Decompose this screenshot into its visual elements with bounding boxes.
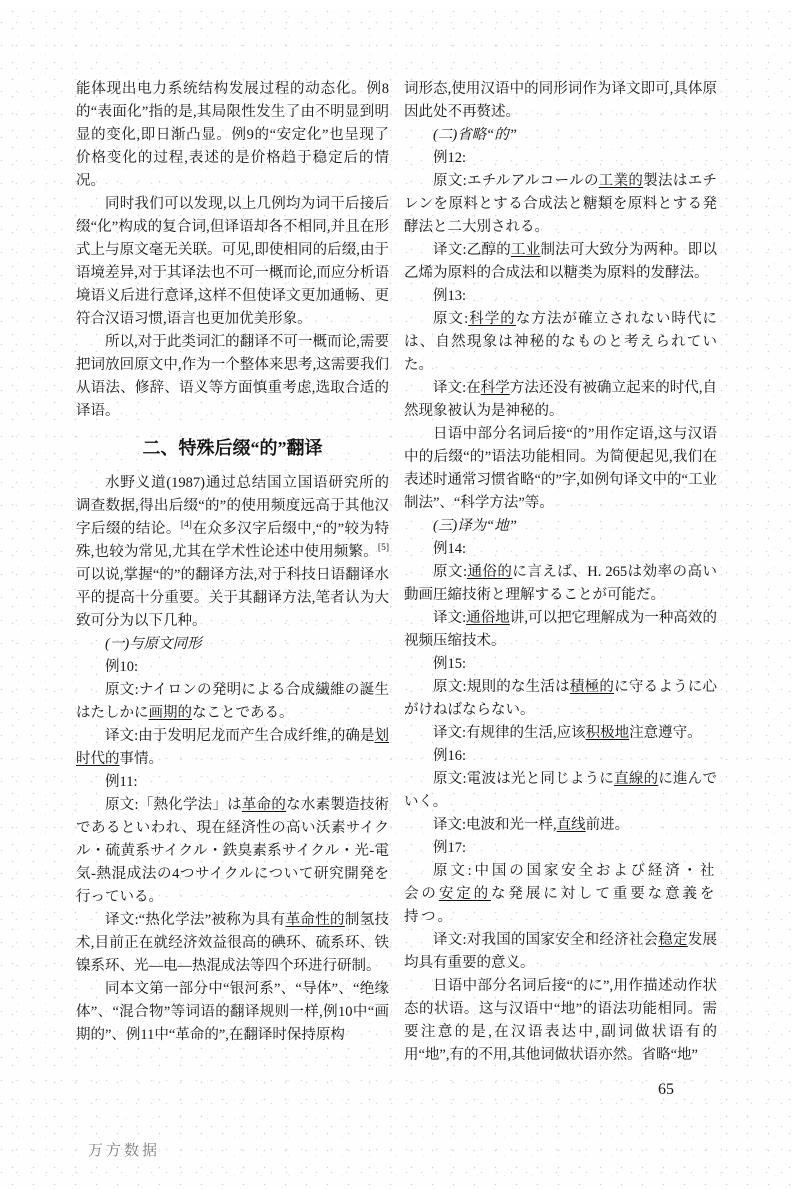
- wanfang-watermark: 万方数据: [88, 1139, 160, 1160]
- text-run: 原文:規則的な生活は: [433, 679, 570, 695]
- underlined-term: 直線的: [614, 771, 658, 787]
- text-run: 译文:乙醇的: [433, 242, 511, 258]
- text-run: な水素製造技術であるといわれ、現在経済性の高い沃素サイクル・硫黄系サイクル・鉄臭…: [76, 797, 389, 905]
- paragraph: 原文:規則的な生活は積極的に守るように心がけねばならない。: [404, 676, 717, 722]
- paragraph: 原文:「熱化学法」は革命的な水素製造技術であるといわれ、現在経済性の高い沃素サイ…: [76, 794, 389, 909]
- paragraph: 词形态,使用汉语中的同形词作为译文即可,具体原因此处不再赘述。: [404, 78, 717, 124]
- subsection-heading: (一)与原文同形: [76, 633, 389, 656]
- underlined-term: 画期的: [149, 705, 193, 721]
- text-run: 原文:「熱化学法」は: [105, 797, 242, 813]
- paragraph: 原文:ナイロンの発明による合成繊維の誕生はたしかに画期的なことである。: [76, 679, 389, 725]
- page-top-margin: [0, 0, 792, 10]
- text-run: 能体现出电力系统结构发展过程的动态化。例8的“表面化”指的是,其局限性发生了由不…: [76, 81, 389, 189]
- left-column: 能体现出电力系统结构发展过程的动态化。例8的“表面化”指的是,其局限性发生了由不…: [76, 78, 389, 1047]
- text-run: 日语中部分名词后接“的”用作定语,这与汉语中的后缀“的”语法功能相同。为简便起见…: [404, 426, 717, 511]
- text-run: 译文:对我国的国家安全和经济社会: [433, 932, 658, 948]
- text-run: 事情。: [120, 751, 164, 767]
- right-column: 词形态,使用汉语中的同形词作为译文即可,具体原因此处不再赘述。(二)省略“的”例…: [404, 78, 717, 1067]
- example-label: 例15:: [404, 653, 717, 676]
- text-run: (二)省略“的”: [433, 127, 517, 143]
- paragraph: 译文:“热化学法”被称为具有革命性的制氢技术,目前正在就经济效益很高的碘环、硫系…: [76, 909, 389, 978]
- citation-ref: [4]: [181, 520, 192, 530]
- text-run: (一)与原文同形: [105, 636, 202, 652]
- paragraph: 原文:通俗的に言えば、H. 265は効率の高い動画圧縮技術と理解することが可能だ…: [404, 561, 717, 607]
- underlined-term: 科学: [481, 380, 510, 396]
- paragraph: 所以,对于此类词汇的翻译不可一概而论,需要把词放回原文中,作为一个整体来思考,这…: [76, 331, 389, 423]
- text-run: 原文:エチルアルコールの: [433, 173, 599, 189]
- text-run: 例17:: [433, 840, 466, 856]
- page-number: 65: [658, 1081, 674, 1099]
- example-label: 例16:: [404, 745, 717, 768]
- underlined-term: 直线: [557, 817, 586, 833]
- text-run: 前进。: [586, 817, 630, 833]
- text-run: 例16:: [433, 748, 466, 764]
- text-run: 译文:: [433, 610, 466, 626]
- underlined-term: 通俗地: [466, 610, 510, 626]
- paragraph: 日语中部分名词后接“的に”,用作描述动作状态的状语。这与汉语中“地”的语法功能相…: [404, 975, 717, 1067]
- subsection-heading: (三)译为“地”: [404, 515, 717, 538]
- text-run: 例13:: [433, 288, 466, 304]
- citation-ref: [5]: [378, 543, 389, 553]
- text-run: 所以,对于此类词汇的翻译不可一概而论,需要把词放回原文中,作为一个整体来思考,这…: [76, 334, 389, 419]
- text-run: 二、特殊后缀“的”翻译: [143, 438, 323, 458]
- example-label: 例14:: [404, 538, 717, 561]
- paragraph: 原文:中国の国家安全および経済・社会の安定的な発展に対して重要な意義を持つ。: [404, 860, 717, 929]
- text-run: 译文:“热化学法”被称为具有: [105, 912, 286, 928]
- paragraph: 译文:对我国的国家安全和经济社会稳定发展均具有重要的意义。: [404, 929, 717, 975]
- text-run: 例15:: [433, 656, 466, 672]
- text-run: 例10:: [105, 659, 138, 675]
- example-label: 例12:: [404, 147, 717, 170]
- text-run: 译文:有规律的生活,应该: [433, 725, 586, 741]
- underlined-term: 工業的: [599, 173, 643, 189]
- underlined-term: 积极地: [586, 725, 630, 741]
- text-run: 例11:: [105, 774, 138, 790]
- text-run: 译文:电波和光一样,: [433, 817, 557, 833]
- underlined-term: 革命性的: [286, 912, 345, 928]
- subsection-heading: (二)省略“的”: [404, 124, 717, 147]
- text-run: (三)译为“地”: [433, 518, 517, 534]
- underlined-term: 稳定: [658, 932, 687, 948]
- paragraph: 原文:電波は光と同じように直線的に進んでいく。: [404, 768, 717, 814]
- text-run: 原文:: [433, 564, 467, 580]
- underlined-term: 積極的: [570, 679, 614, 695]
- text-run: 同本文第一部分中“银河系”、“导体”、“绝缘体”、“混合物”等词语的翻译规则一样…: [76, 981, 389, 1043]
- text-run: 可以说,掌握“的”的翻译方法,对于科技日语翻译水平的提高十分重要。关于其翻译方法…: [76, 567, 389, 629]
- paragraph: 同时我们可以发现,以上几例均为词干后接后缀“化”构成的复合词,但译语却各不相同,…: [76, 193, 389, 331]
- paragraph: 译文:在科学方法还没有被确立起来的时代,自然现象被认为是神秘的。: [404, 377, 717, 423]
- paragraph: 同本文第一部分中“银河系”、“导体”、“绝缘体”、“混合物”等词语的翻译规则一样…: [76, 978, 389, 1047]
- underlined-term: 科学的: [468, 311, 516, 327]
- text-run: なことである。: [192, 705, 294, 721]
- paragraph: 译文:电波和光一样,直线前进。: [404, 814, 717, 837]
- underlined-term: 通俗的: [467, 564, 512, 580]
- paragraph: 原文:科学的な方法が確立されない時代には、自然現象は神秘的なものと考えられていた…: [404, 308, 717, 377]
- text-run: 日语中部分名词后接“的に”,用作描述动作状态的状语。这与汉语中“地”的语法功能相…: [404, 978, 717, 1063]
- paragraph: 能体现出电力系统结构发展过程的动态化。例8的“表面化”指的是,其局限性发生了由不…: [76, 78, 389, 193]
- underlined-term: 安定的: [439, 886, 491, 902]
- paragraph: 译文:有规律的生活,应该积极地注意遵守。: [404, 722, 717, 745]
- text-run: 原文:電波は光と同じように: [433, 771, 614, 787]
- example-label: 例10:: [76, 656, 389, 679]
- underlined-term: 革命的: [242, 797, 286, 813]
- paragraph: 译文:由于发明尼龙而产生合成纤维,的确是划时代的事情。: [76, 725, 389, 771]
- paragraph: 水野义道(1987)通过总结国立国语研究所的调查数据,得出后缀“的”的使用频度远…: [76, 472, 389, 633]
- paragraph: 日语中部分名词后接“的”用作定语,这与汉语中的后缀“的”语法功能相同。为简便起见…: [404, 423, 717, 515]
- paragraph: 译文:乙醇的工业制法可大致分为两种。即以乙烯为原料的合成法和以糖类为原料的发酵法…: [404, 239, 717, 285]
- text-run: 例14:: [433, 541, 466, 557]
- text-run: 例12:: [433, 150, 466, 166]
- text-run: 词形态,使用汉语中的同形词作为译文即可,具体原因此处不再赘述。: [404, 81, 717, 120]
- scanned-paper-page: 能体现出电力系统结构发展过程的动态化。例8的“表面化”指的是,其局限性发生了由不…: [0, 0, 792, 1189]
- paragraph: 原文:エチルアルコールの工業的製法はエチレンを原料とする合成法と糖類を原料とする…: [404, 170, 717, 239]
- text-run: 译文:由于发明尼龙而产生合成纤维,的确是: [105, 728, 375, 744]
- text-run: 译文:在: [433, 380, 481, 396]
- example-label: 例13:: [404, 285, 717, 308]
- text-run: 注意遵守。: [629, 725, 702, 741]
- example-label: 例17:: [404, 837, 717, 860]
- underlined-term: 工业: [511, 242, 540, 258]
- text-run: 原文:: [433, 311, 468, 327]
- section-heading: 二、特殊后缀“的”翻译: [76, 437, 389, 460]
- paragraph: 译文:通俗地讲,可以把它理解成为一种高效的视频压缩技术。: [404, 607, 717, 653]
- text-run: 同时我们可以发现,以上几例均为词干后接后缀“化”构成的复合词,但译语却各不相同,…: [76, 196, 389, 327]
- example-label: 例11:: [76, 771, 389, 794]
